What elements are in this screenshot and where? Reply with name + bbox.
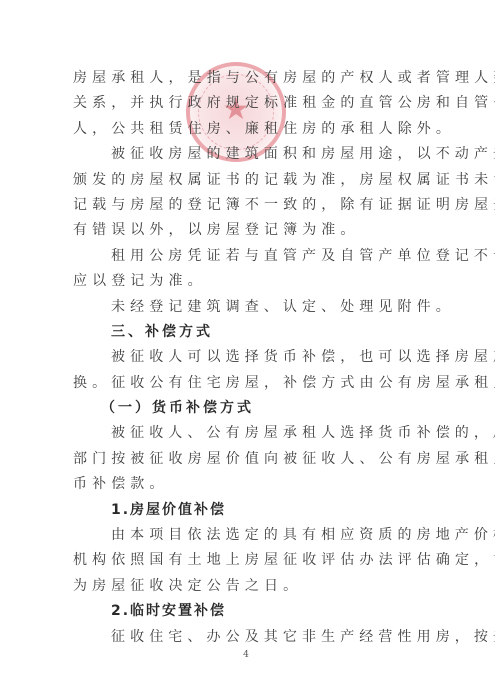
text-line: 有错误以外，以房屋登记簿为准。 [73,218,429,243]
text-line: 租用公房凭证若与直管产及自管产单位登记不一致的， [73,244,429,269]
text-line: 未经登记建筑调查、认定、处理见附件。 [73,295,429,320]
numbered-heading: 1.房屋价值补偿 [73,498,429,523]
text-line: 换。征收公有住宅房屋，补偿方式由公有房屋承租人选择。 [73,371,429,396]
text-line: 颁发的房屋权属证书的记载为准，房屋权属证书未记载或者 [73,168,429,193]
document-page: ★ 房屋承租人，是指与公有房屋的产权人或者管理人建立租赁 关系，并执行政府规定标… [0,0,495,700]
text-line: 由本项目依法选定的具有相应资质的房地产价格评估 [73,523,429,548]
subsection-heading: （一）货币补偿方式 [73,396,429,421]
text-line: 人，公共租赁住房、廉租住房的承租人除外。 [73,117,429,142]
text-line: 应以登记为准。 [73,269,429,294]
page-number: 4 [240,650,252,660]
text-line: 房屋承租人，是指与公有房屋的产权人或者管理人建立租赁 [73,66,429,91]
text-line: 记载与房屋的登记簿不一致的，除有证据证明房屋登记簿确 [73,193,429,218]
text-line: 关系，并执行政府规定标准租金的直管公房和自管公房承租 [73,91,429,116]
document-body: 房屋承租人，是指与公有房屋的产权人或者管理人建立租赁 关系，并执行政府规定标准租… [73,66,429,650]
numbered-heading: 2.临时安置补偿 [73,599,429,624]
text-line: 机构依照国有土地上房屋征收评估办法评估确定，评估时点 [73,548,429,573]
text-line: 征收住宅、办公及其它非生产经营性用房，按登记建筑 [73,625,429,650]
text-line: 币补偿款。 [73,472,429,497]
text-line: 被征收人、公有房屋承租人选择货币补偿的，房屋征收 [73,421,429,446]
text-line: 被征收人可以选择货币补偿，也可以选择房屋产权调 [73,345,429,370]
text-line: 部门按被征收房屋价值向被征收人、公有房屋承租人支付货 [73,447,429,472]
text-line: 被征收房屋的建筑面积和房屋用途，以不动产登记机构 [73,142,429,167]
section-heading: 三、补偿方式 [73,320,429,345]
text-line: 为房屋征收决定公告之日。 [73,574,429,599]
